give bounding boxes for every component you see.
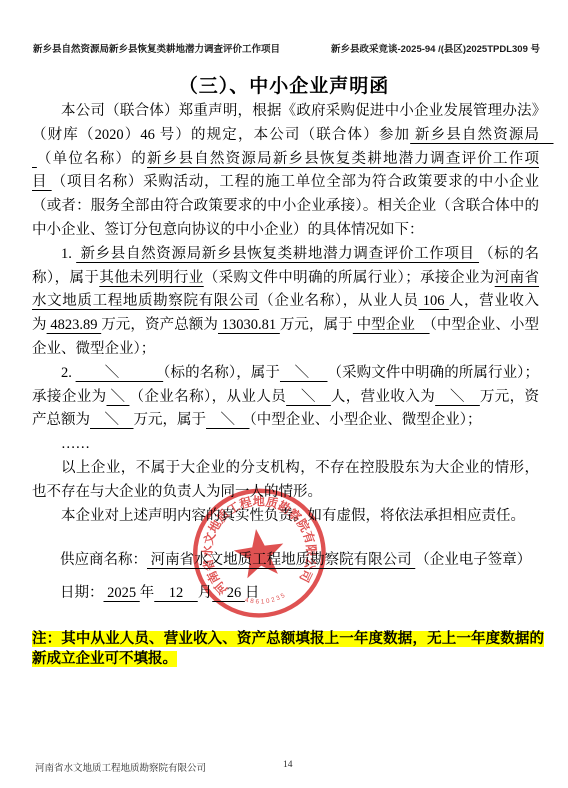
paragraph-text: 万 [134,412,149,428]
note-text-highlighted: 其中从业人员、营业收入、资产总额填报上一年度数据，无上一年度数据的新成立企业可不… [32,631,544,667]
document-page: 新乡县自然资源局新乡县恢复类耕地潜力调查评价工作项目 新乡县政采竞谈-2025-… [0,0,568,788]
note-prefix-highlighted: 注： [32,631,61,647]
paragraph-text: （项目名称）采购活动，工程的施工单位全部为符合政策要求的中小企业（或者：服务全部… [32,174,539,238]
assets-blank: ＼ [90,412,134,428]
date-year-unit: 年 [140,585,155,601]
revenue-blank: ＼ [435,389,480,405]
paragraph-text: （企业名称），从业人员 [259,293,418,309]
paragraph-text: 企业为 [62,389,107,405]
employee-count-field: 106 [419,293,449,309]
paragraph-text: 万元，资产总额为 [101,317,218,333]
page-footer: 河南省水文地质工程地质勘察院有限公司 14 [35,760,538,774]
paragraph-text: 人，营业收入为 [331,389,435,405]
declaration-paragraph: 本公司（联合体）郑重声明，根据《政府采购促进中小企业发展管理办法》（财库（202… [32,100,539,243]
paragraph-text: （采购文件中明确的所属行业）；承接企业为 [204,270,495,286]
item-number: 1. [61,246,76,262]
paragraph-text: （企业名称），从业人员 [129,389,286,405]
date-label: 日期： [60,585,104,601]
subject-name-blank: ＼ [76,365,164,381]
revenue-field: 4823.89 [47,317,102,333]
seal-star-icon [231,526,287,580]
page-number: 14 [283,760,293,770]
enterprise-type-field: 中型企业 [353,317,430,333]
supplier-label: 供应商名称： [60,552,147,568]
header-document-number: 新乡县政采竞谈-2025-94 /(县区)2025TPDL309 号 [331,41,540,55]
paragraph-text: （中型企业、小型企业、微型企业）； [250,412,482,428]
footer-company-name: 河南省水文地质工程地质勘察院有限公司 [35,764,206,774]
paragraph-text: （标的名称），属于 [163,365,280,381]
document-body: 本公司（联合体）郑重声明，根据《政府采购促进中小企业发展管理办法》（财库（202… [32,100,539,528]
item-2-paragraph: 2. ＼ （标的名称），属于 ＼ （采购文件中明确的所属行业）；承接企业为 ＼ … [32,362,539,433]
item-number: 2. [61,365,76,381]
subject-name-field: 新乡县自然资源局新乡县恢复类耕地潜力调查评价工作项目 [76,246,479,262]
seal-number-text: 48610235 [243,591,288,608]
item-1-paragraph: 1. 新乡县自然资源局新乡县恢复类耕地潜力调查评价工作项目 （标的名称），属于其… [32,243,539,362]
note-paragraph: 注：其中从业人员、营业收入、资产总额填报上一年度数据，无上一年度数据的新成立企业… [32,629,544,669]
paragraph-text: 元，属于 [148,412,206,428]
e-signature-note: （企业电子签章） [415,552,531,568]
svg-text:48610235: 48610235 [243,591,288,608]
assets-field: 13030.81 [218,317,280,333]
paragraph-text: （单位名称）的 [37,151,147,167]
ellipsis-line: …… [32,433,539,457]
company-name-blank: ＼ [107,389,130,405]
page-title: （三）、中小企业声明函 [0,71,568,98]
page-header: 新乡县自然资源局新乡县恢复类耕地潜力调查评价工作项目 新乡县政采竞谈-2025-… [33,41,540,55]
enterprise-type-blank: ＼ [206,412,250,428]
header-project-title: 新乡县自然资源局新乡县恢复类耕地潜力调查评价工作项目 [33,41,280,55]
industry-field: 其他未列明行业 [99,270,203,286]
company-seal-stamp: 河南省水文地质工程地质勘察院有限公司 48610235 [177,475,342,641]
paragraph-text: 万元，属于 [280,317,353,333]
employee-count-blank: ＼ [286,389,331,405]
date-year-field: 2025 [104,585,140,601]
industry-blank: ＼ [280,365,328,381]
